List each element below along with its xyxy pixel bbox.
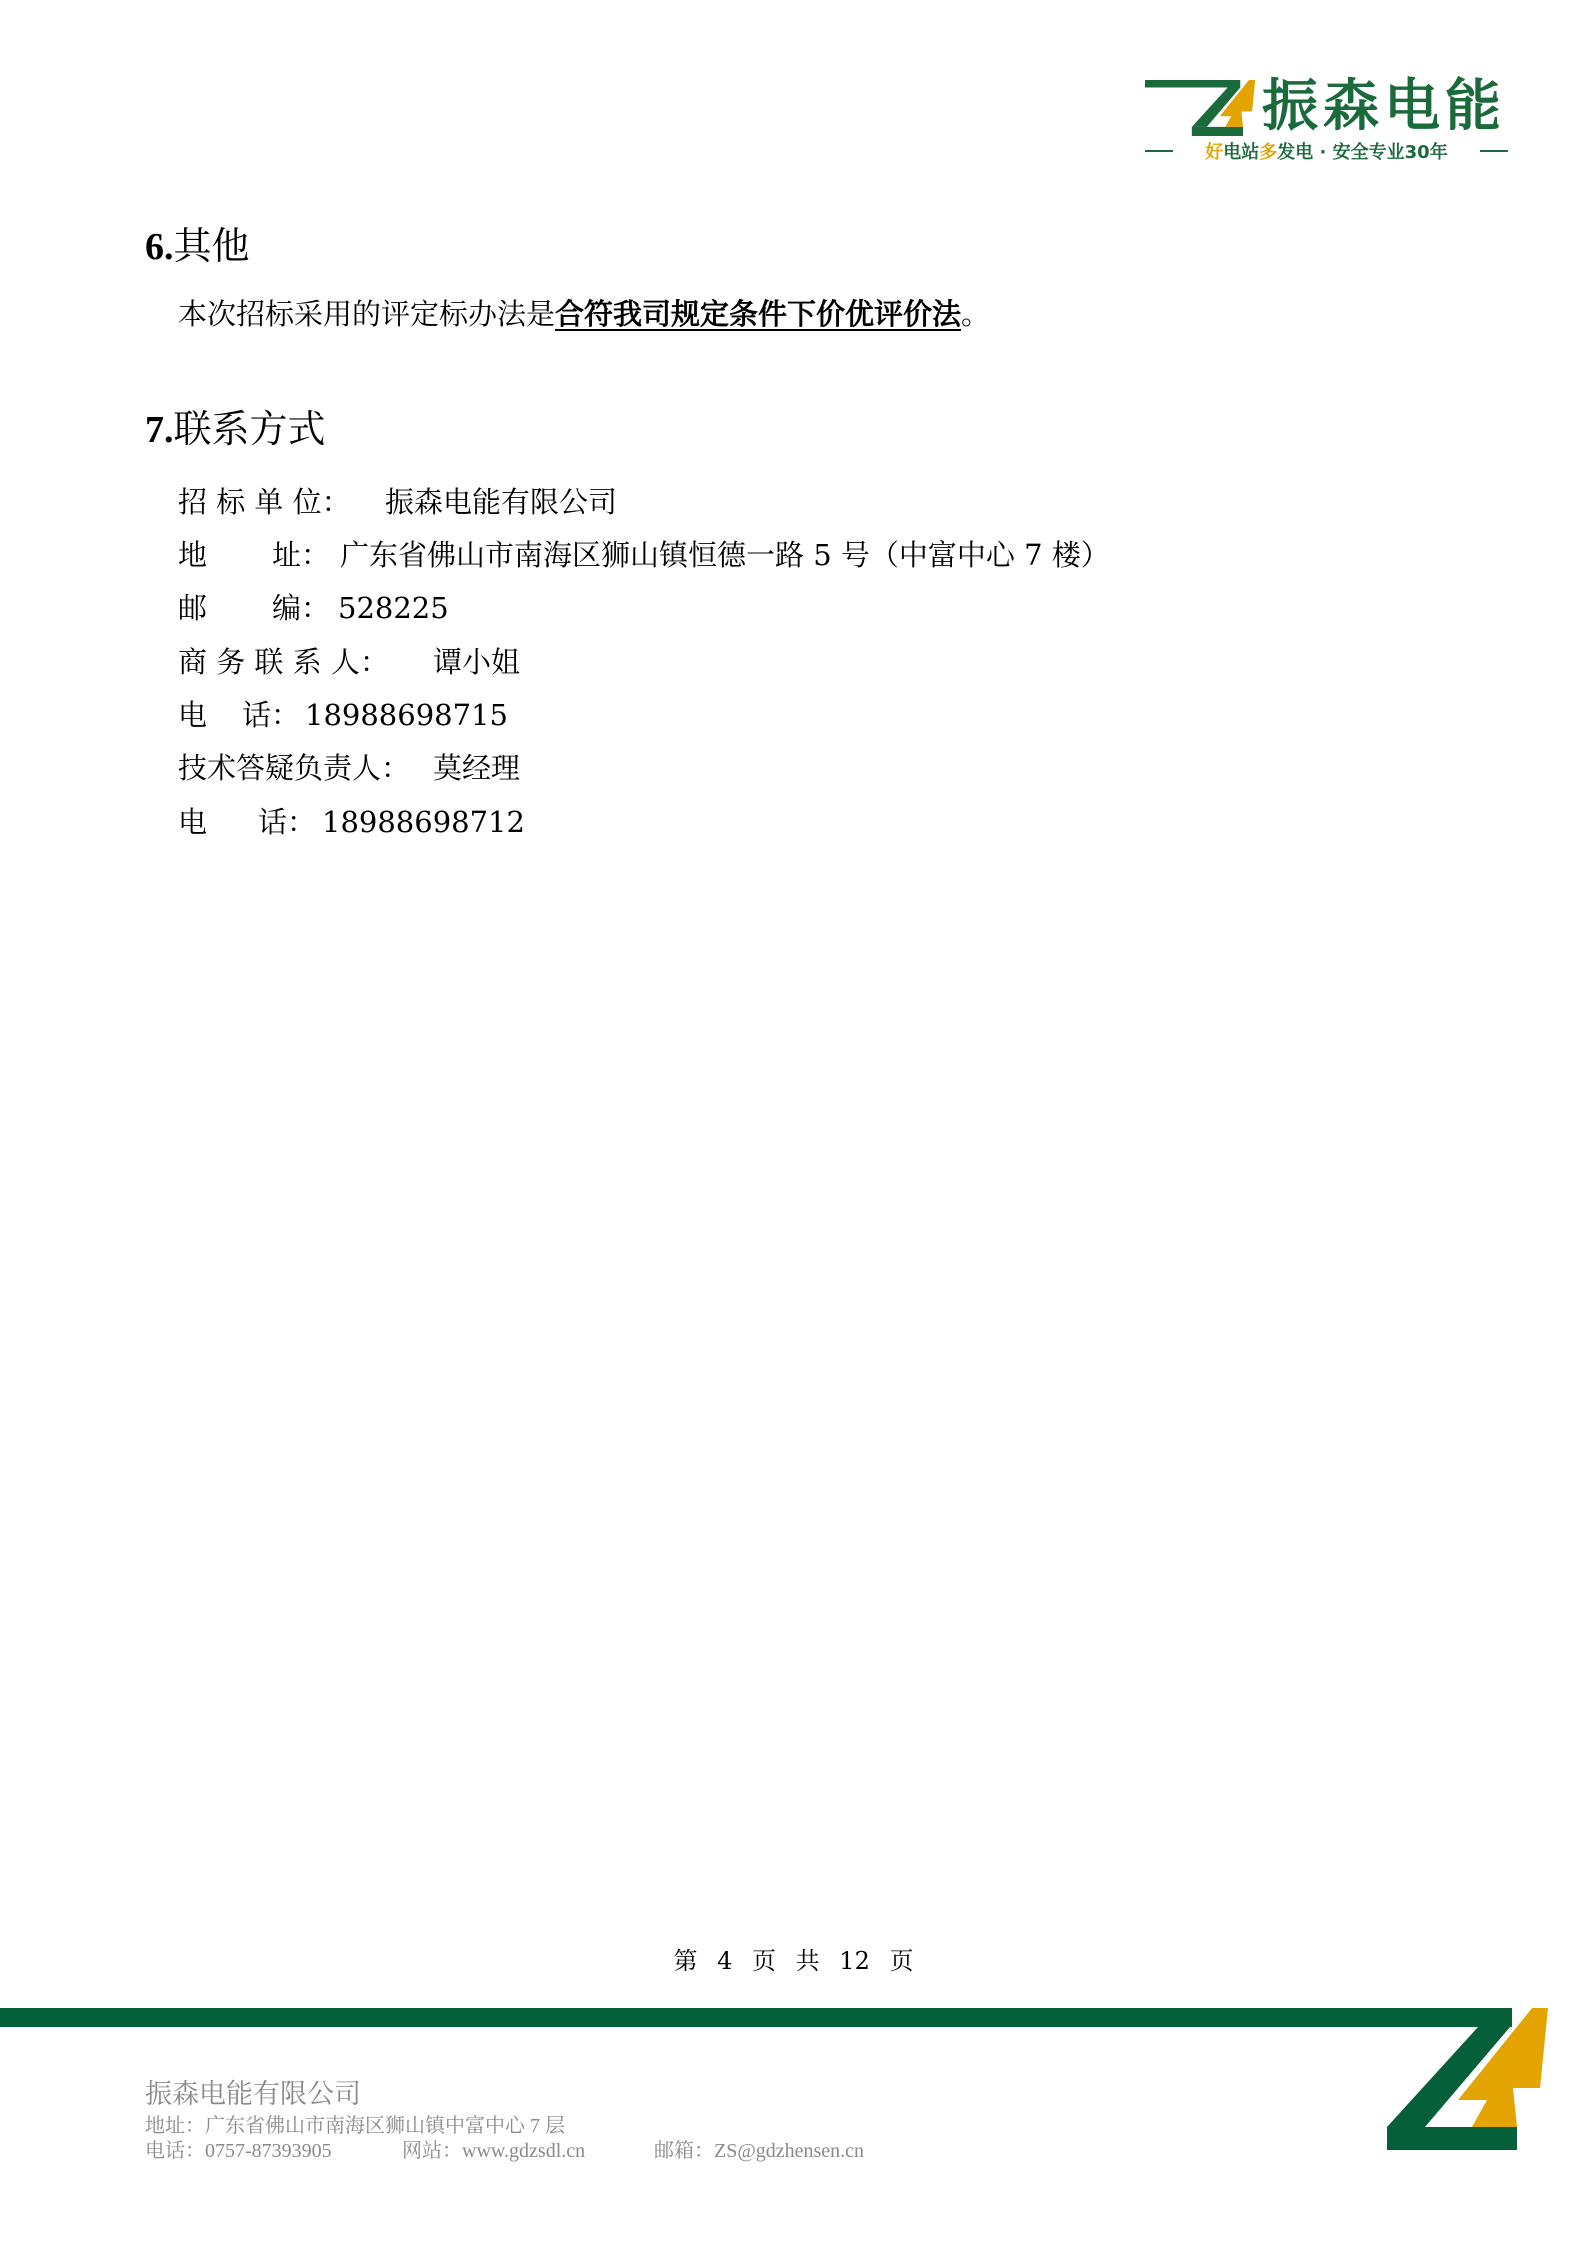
contact-label: 技术答疑负责人： xyxy=(178,750,410,786)
footer-phone: 电话：0757-87393905 xyxy=(145,2138,332,2164)
contact-value: 18988698712 xyxy=(322,804,525,840)
contact-value: 莫经理 xyxy=(433,750,520,786)
contact-row-postcode: 邮 编： 528225 xyxy=(0,590,1587,626)
contact-label: 商 务 联 系 人： xyxy=(178,644,389,680)
contact-row-business-contact: 商 务 联 系 人： 谭小姐 xyxy=(0,644,1587,680)
evaluation-method-paragraph: 本次招标采用的评定标办法是合符我司规定条件下价优评价法。 xyxy=(178,296,990,332)
contact-label: 电 xyxy=(178,697,207,733)
contact-label: 话： xyxy=(242,697,300,733)
contact-label: 邮 xyxy=(178,590,207,626)
tagline-text: 好电站多发电 · 安全专业30年 xyxy=(1205,138,1447,164)
section-heading-contact: 7.联系方式 xyxy=(145,407,326,452)
footer-website: 网站：www.gdzsdl.cn xyxy=(402,2138,585,2164)
footer-company-name: 振森电能有限公司 xyxy=(145,2078,361,2110)
contact-value: 谭小姐 xyxy=(433,644,520,680)
brand-tagline: 好电站多发电 · 安全专业30年 xyxy=(1145,139,1508,163)
footer-band xyxy=(0,2008,1512,2027)
brand-name: 振森电能 xyxy=(1262,74,1506,140)
contact-row-address: 地 址： 广东省佛山市南海区狮山镇恒德一路 5 号（中富中心 7 楼） xyxy=(0,537,1587,573)
contact-value: 振森电能有限公司 xyxy=(385,484,617,520)
contact-label: 地 xyxy=(178,537,207,573)
contact-value: 广东省佛山市南海区狮山镇恒德一路 5 号（中富中心 7 楼） xyxy=(340,537,1110,573)
contact-label: 招 标 单 位： xyxy=(178,484,351,520)
zhensen-logo-icon xyxy=(1380,2008,1550,2150)
contact-row-technical-phone: 电 话： 18988698712 xyxy=(0,804,1587,840)
contact-label: 话： xyxy=(258,804,316,840)
contact-label: 址： xyxy=(272,537,330,573)
tagline-rule-right xyxy=(1480,150,1508,152)
footer-address: 地址：广东省佛山市南海区狮山镇中富中心 7 层 xyxy=(145,2113,565,2139)
contact-label: 编： xyxy=(272,590,330,626)
section-heading-other: 6.其他 xyxy=(145,224,250,269)
zhensen-logo-icon xyxy=(1145,80,1256,136)
contact-label: 电 xyxy=(178,804,207,840)
contact-value: 18988698715 xyxy=(305,697,508,733)
page-number: 第 4 页 共 12 页 xyxy=(0,1946,1587,1976)
evaluation-method-value: 合符我司规定条件下价优评价法 xyxy=(555,297,961,331)
contact-row-technical-contact: 技术答疑负责人： 莫经理 xyxy=(0,750,1587,786)
contact-row-business-phone: 电 话： 18988698715 xyxy=(0,697,1587,733)
contact-row-bidder: 招 标 单 位： 振森电能有限公司 xyxy=(0,484,1587,520)
tagline-rule-left xyxy=(1145,150,1173,152)
footer-email: 邮箱：ZS@gdzhensen.cn xyxy=(654,2138,864,2164)
contact-value: 528225 xyxy=(338,590,449,626)
